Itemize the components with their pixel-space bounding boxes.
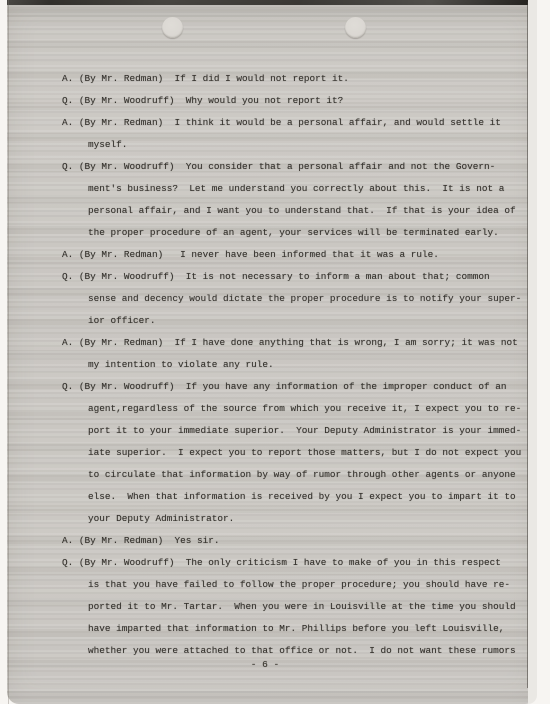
transcript-line: ior officer.: [62, 310, 534, 332]
transcript-line: A. (By Mr. Redman) Yes sir.: [62, 530, 534, 552]
transcript-line: Q. (By Mr. Woodruff) Why would you not r…: [62, 90, 534, 112]
transcript-line: sense and decency would dictate the prop…: [62, 288, 534, 310]
transcript-line: agent,regardless of the source from whic…: [62, 398, 534, 420]
transcript-line: the proper procedure of an agent, your s…: [62, 222, 534, 244]
transcript-line: have imparted that information to Mr. Ph…: [62, 618, 534, 640]
scan-top-edge: [7, 0, 537, 5]
qa-entry: A. (By Mr. Redman) I think it would be a…: [62, 112, 534, 156]
page-number: - 6 -: [7, 659, 523, 670]
paper-sheet: A. (By Mr. Redman) If I did I would not …: [7, 0, 537, 704]
transcript-body: A. (By Mr. Redman) If I did I would not …: [62, 68, 534, 662]
transcript-line: my intention to violate any rule.: [62, 354, 534, 376]
punch-hole-right: [345, 17, 366, 38]
transcript-line: your Deputy Administrator.: [62, 508, 534, 530]
transcript-line: Q. (By Mr. Woodruff) The only criticism …: [62, 552, 534, 574]
transcript-line: myself.: [62, 134, 534, 156]
transcript-line: A. (By Mr. Redman) If I have done anythi…: [62, 332, 534, 354]
punch-hole-left: [162, 17, 183, 38]
qa-entry: Q. (By Mr. Woodruff) It is not necessary…: [62, 266, 534, 332]
transcript-line: A. (By Mr. Redman) If I did I would not …: [62, 68, 534, 90]
qa-entry: Q. (By Mr. Woodruff) The only criticism …: [62, 552, 534, 662]
qa-entry: A. (By Mr. Redman) I never have been inf…: [62, 244, 534, 266]
paper-left-edge-line: [8, 0, 9, 704]
transcript-line: port it to your immediate superior. Your…: [62, 420, 534, 442]
transcript-line: Q. (By Mr. Woodruff) You consider that a…: [62, 156, 534, 178]
qa-entry: Q. (By Mr. Woodruff) You consider that a…: [62, 156, 534, 244]
qa-entry: A. (By Mr. Redman) Yes sir.: [62, 530, 534, 552]
scanner-bed-strip: [528, 0, 537, 704]
transcript-line: iate superior. I expect you to report th…: [62, 442, 534, 464]
transcript-line: A. (By Mr. Redman) I never have been inf…: [62, 244, 534, 266]
transcript-line: else. When that information is received …: [62, 486, 534, 508]
transcript-line: ported it to Mr. Tartar. When you were i…: [62, 596, 534, 618]
qa-entry: A. (By Mr. Redman) If I did I would not …: [62, 68, 534, 90]
transcript-line: ment's business? Let me understand you c…: [62, 178, 534, 200]
scan-right-edge-line: [527, 2, 528, 688]
transcript-line: Q. (By Mr. Woodruff) It is not necessary…: [62, 266, 534, 288]
qa-entry: A. (By Mr. Redman) If I have done anythi…: [62, 332, 534, 376]
scanned-page: A. (By Mr. Redman) If I did I would not …: [0, 0, 550, 704]
transcript-line: is that you have failed to follow the pr…: [62, 574, 534, 596]
qa-entry: Q. (By Mr. Woodruff) Why would you not r…: [62, 90, 534, 112]
qa-entry: Q. (By Mr. Woodruff) If you have any inf…: [62, 376, 534, 530]
transcript-line: A. (By Mr. Redman) I think it would be a…: [62, 112, 534, 134]
transcript-line: Q. (By Mr. Woodruff) If you have any inf…: [62, 376, 534, 398]
transcript-line: to circulate that information by way of …: [62, 464, 534, 486]
transcript-line: personal affair, and I want you to under…: [62, 200, 534, 222]
